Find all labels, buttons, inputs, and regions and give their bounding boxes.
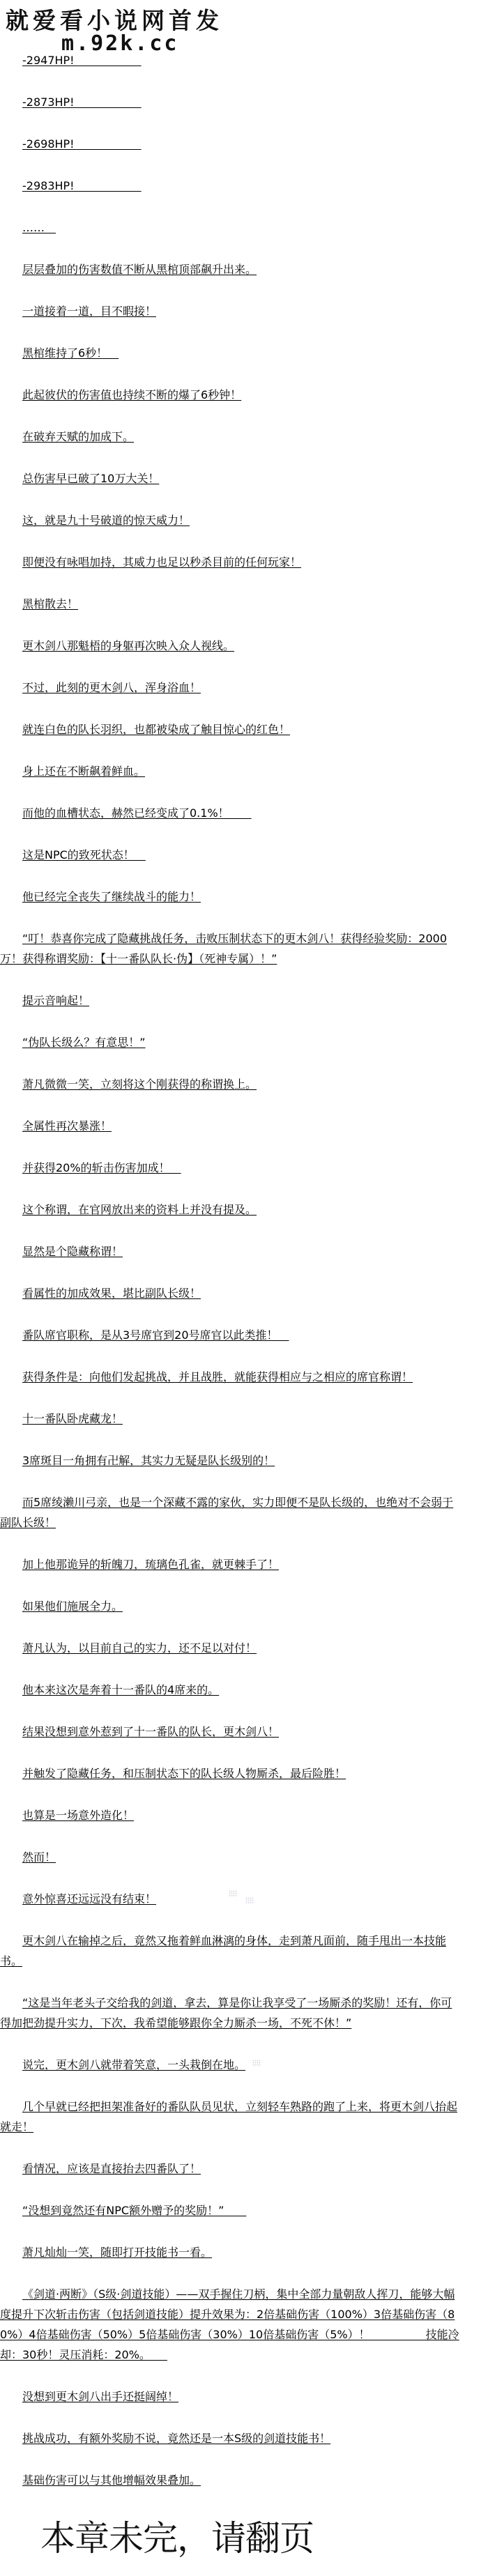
paragraph: 萧凡灿灿一笑，随即打开技能书一看。 (0, 2242, 460, 2262)
paragraph: 没想到更木剑八出手还挺阔绰！ (0, 2386, 460, 2407)
paragraph: 他本来这次是奔着十一番队的4席来的。 (0, 1680, 460, 1700)
paragraph: 萧凡微微一笑，立刻将这个刚获得的称谓换上。 (0, 1074, 460, 1094)
paragraph: 萧凡认为，以目前自己的实力，还不足以对付！ (0, 1638, 460, 1658)
paragraph: 身上还在不断飙着鲜血。 (0, 761, 460, 781)
paragraph: 更木剑八在输掉之后，竟然又拖着鲜血淋漓的身体，走到萧凡面前，随手甩出一本技能书。 (0, 1931, 460, 1971)
paragraph: -2947HP! (0, 50, 460, 70)
dialogue-paragraph: “没想到竟然还有NPC额外赠予的奖励！” (0, 2200, 460, 2221)
paragraph: 黑棺维持了6秒！ (0, 343, 460, 363)
paragraph: 黑棺散去！ (0, 594, 460, 614)
paragraph: 看属性的加成效果，堪比副队长级！ (0, 1283, 460, 1303)
paragraph: …… (0, 217, 460, 238)
paragraph: -2873HP! (0, 92, 460, 112)
chapter-body: -2947HP! -2873HP! -2698HP! -2983HP! …… 层… (0, 50, 460, 2512)
paragraph: 全属性再次暴涨！ (0, 1116, 460, 1136)
paragraph: 这个称谓，在官网放出来的资料上并没有提及。 (0, 1199, 460, 1220)
paragraph: 这是NPC的致死状态！ (0, 845, 460, 865)
system-message-paragraph: “叮！恭喜你完成了隐藏挑战任务，击败压制状态下的更木剑八！获得经验奖励：2000… (0, 928, 460, 969)
paragraph: 番队席官职称，是从3号席官到20号席官以此类推！ (0, 1325, 460, 1345)
chapter-continue-notice: 本章未完，请翻页 (40, 2516, 314, 2561)
watermark-speck (252, 2060, 261, 2067)
paragraph: 3席斑目一角拥有卍解，其实力无疑是队长级别的！ (0, 1450, 460, 1471)
paragraph: 加上他那诡异的斩魄刀，琉璃色孔雀，就更棘手了！ (0, 1554, 460, 1574)
paragraph: 此起彼伏的伤害值也持续不断的爆了6秒钟！ (0, 385, 460, 405)
paragraph: 即便没有咏唱加持，其威力也足以秒杀目前的任何玩家！ (0, 552, 460, 572)
paragraph: 结果没想到意外惹到了十一番队的队长，更木剑八！ (0, 1722, 460, 1742)
paragraph: 而5席绫濑川弓亲，也是一个深藏不露的家伙，实力即便不是队长级的，也绝对不会弱于副… (0, 1492, 460, 1533)
paragraph: -2698HP! (0, 134, 460, 154)
paragraph: 就连白色的队长羽织，也都被染成了触目惊心的红色！ (0, 719, 460, 739)
dialogue-paragraph: “这是当年老头子交给我的剑道，拿去，算是你让我享受了一场厮杀的奖励！还有，你可得… (0, 1993, 460, 2033)
watermark-speck (229, 1890, 237, 1897)
paragraph: 而他的血槽状态，赫然已经变成了0.1%！ (0, 803, 460, 823)
paragraph: 挑战成功，有额外奖励不说，竟然还是一本S级的剑道技能书！ (0, 2428, 460, 2448)
paragraph: 提示音响起！ (0, 990, 460, 1011)
dialogue-paragraph: “伪队长级么？有意思！” (0, 1032, 460, 1052)
paragraph: 显然是个隐藏称谓！ (0, 1241, 460, 1262)
paragraph: 总伤害早已破了10万大关！ (0, 468, 460, 489)
paragraph: 如果他们施展全力。 (0, 1596, 460, 1616)
site-title: 就爱看小说网首发 (6, 8, 229, 33)
paragraph: 这，就是九十号破道的惊天威力！ (0, 510, 460, 530)
paragraph: 并获得20%的斩击伤害加成！ (0, 1158, 460, 1178)
paragraph: 在破弃天赋的加成下。 (0, 427, 460, 447)
paragraph: 不过，此刻的更木剑八，浑身浴血！ (0, 677, 460, 698)
paragraph: 并触发了隐藏任务，和压制状态下的队长级人物厮杀，最后险胜！ (0, 1763, 460, 1784)
paragraph: 看情况，应该是直接抬去四番队了！ (0, 2159, 460, 2179)
paragraph: 也算是一场意外造化！ (0, 1805, 460, 1825)
paragraph: 层层叠加的伤害数值不断从黑棺顶部飙升出来。 (0, 259, 460, 279)
paragraph: 十一番队卧虎藏龙！ (0, 1409, 460, 1429)
paragraph: 他已经完全丧失了继续战斗的能力！ (0, 887, 460, 907)
paragraph: 几个早就已经把担架准备好的番队队员见状，立刻轻车熟路的跑了上来，将更木剑八抬起就… (0, 2096, 460, 2137)
paragraph: 一道接着一道，目不暇接！ (0, 301, 460, 321)
paragraph: 更木剑八那魁梧的身躯再次映入众人视线。 (0, 636, 460, 656)
paragraph: 说完，更木剑八就带着笑意，一头栽倒在地。 (0, 2055, 460, 2075)
paragraph: 获得条件是：向他们发起挑战，并且战胜，就能获得相应与之相应的席官称谓！ (0, 1367, 460, 1387)
skill-description-paragraph: 《剑道·两断》（S级·剑道技能）——双手握住刀柄，集中全部力量朝敌人挥刀，能够大… (0, 2284, 460, 2365)
watermark-speck (245, 1897, 254, 1904)
paragraph: 基础伤害可以与其他增幅效果叠加。 (0, 2470, 460, 2490)
paragraph: -2983HP! (0, 176, 460, 196)
paragraph: 然而！ (0, 1847, 460, 1867)
